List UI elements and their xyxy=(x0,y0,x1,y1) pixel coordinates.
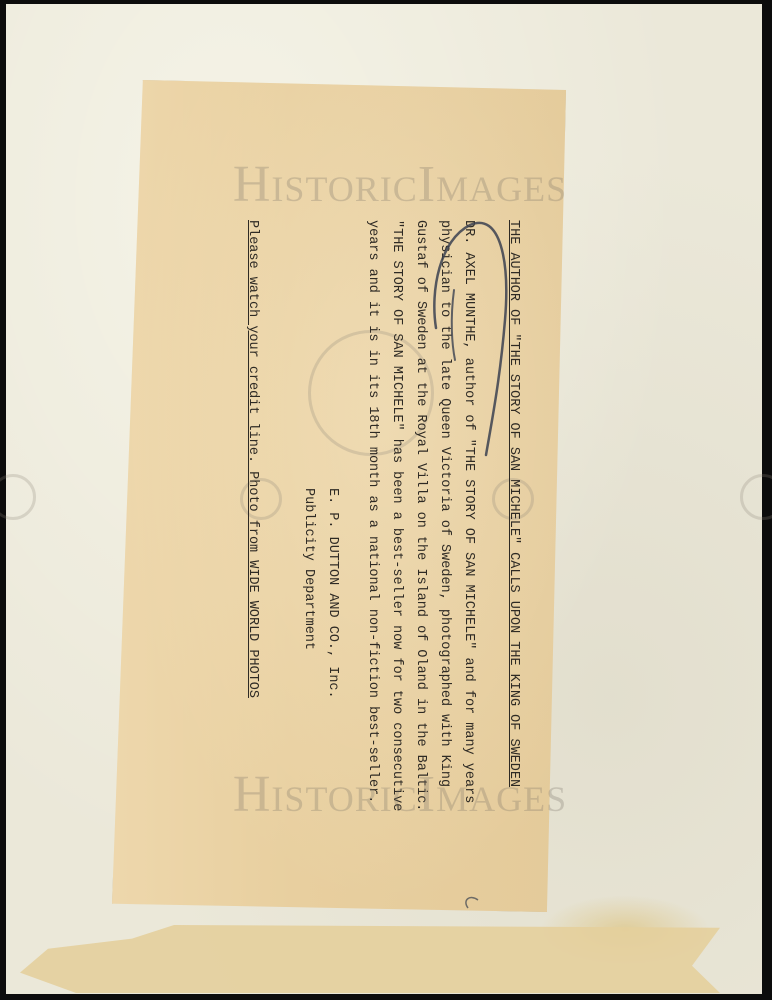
caption-body-line: "THE STORY OF SAN MICHELE" has been a be… xyxy=(379,220,403,860)
caption-body-line: physician to the late Queen Victoria of … xyxy=(427,220,451,860)
signature-company: E. P. DUTTON AND CO., Inc. xyxy=(315,220,339,860)
caption-text-block: THE AUTHOR OF "THE STORY OF SAN MICHELE"… xyxy=(235,220,520,860)
caption-body-line: Gustaf of Sweden at the Royal Villa on t… xyxy=(403,220,427,860)
caption-body-line: DR. AXEL MUNTHE, author of "THE STORY OF… xyxy=(451,220,475,860)
signature-department: Publicity Department xyxy=(291,220,315,860)
caption-body-line: years and it is in its 18th month as a n… xyxy=(355,220,379,860)
credit-line: Please watch your credit line. Photo fro… xyxy=(235,220,259,860)
caption-title: THE AUTHOR OF "THE STORY OF SAN MICHELE"… xyxy=(475,220,520,860)
